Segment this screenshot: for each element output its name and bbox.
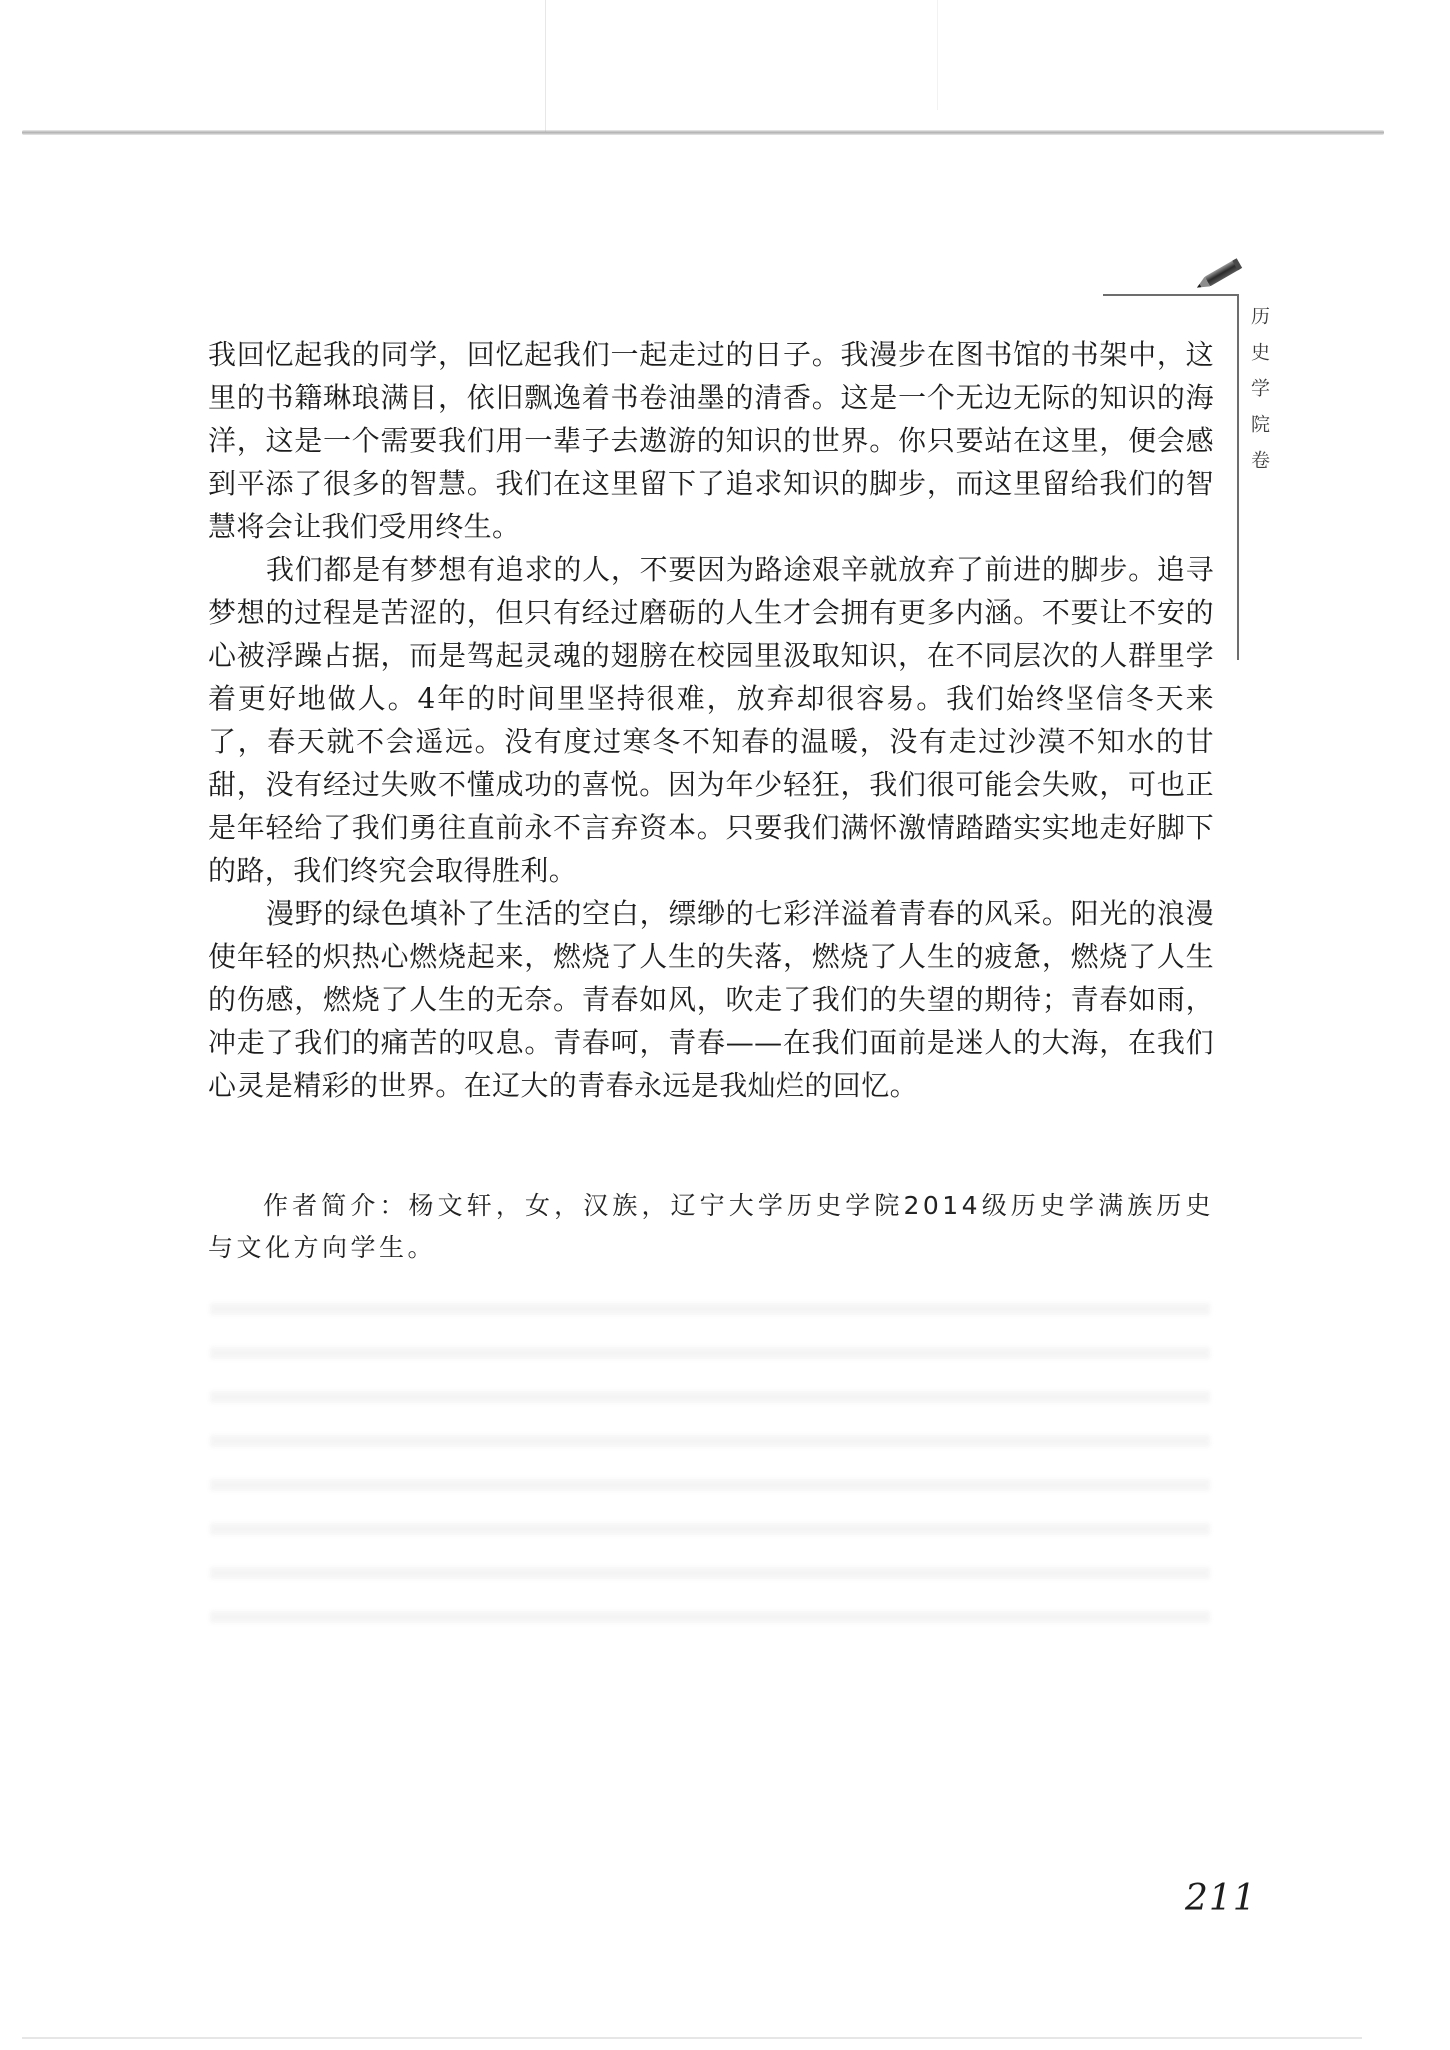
pencil-icon — [1190, 258, 1246, 294]
paragraph: 我们都是有梦想有追求的人，不要因为路途艰辛就放弃了前进的脚步。追寻梦想的过程是苦… — [208, 548, 1214, 892]
page-number: 211 — [1185, 1878, 1257, 1919]
scan-bleed-through — [210, 1285, 1210, 1645]
author-bio: 作者简介：杨文轩，女，汉族，辽宁大学历史学院2014级历史学满族历史与文化方向学… — [208, 1185, 1214, 1269]
scan-fold-line — [937, 0, 938, 110]
section-tab-label: 历史学院卷 — [1249, 306, 1277, 486]
paragraph: 我回忆起我的同学，回忆起我们一起走过的日子。我漫步在图书馆的书架中，这里的书籍琳… — [208, 333, 1214, 548]
paragraph: 漫野的绿色填补了生活的空白，缥缈的七彩洋溢着青春的风采。阳光的浪漫使年轻的炽热心… — [208, 892, 1214, 1107]
tab-bracket-side — [1237, 294, 1239, 660]
header-rule — [22, 130, 1384, 135]
scan-bottom-edge — [22, 2037, 1362, 2039]
tab-bracket-top — [1103, 294, 1238, 296]
article-body: 我回忆起我的同学，回忆起我们一起走过的日子。我漫步在图书馆的书架中，这里的书籍琳… — [208, 333, 1214, 1107]
scan-fold-line — [545, 0, 546, 132]
